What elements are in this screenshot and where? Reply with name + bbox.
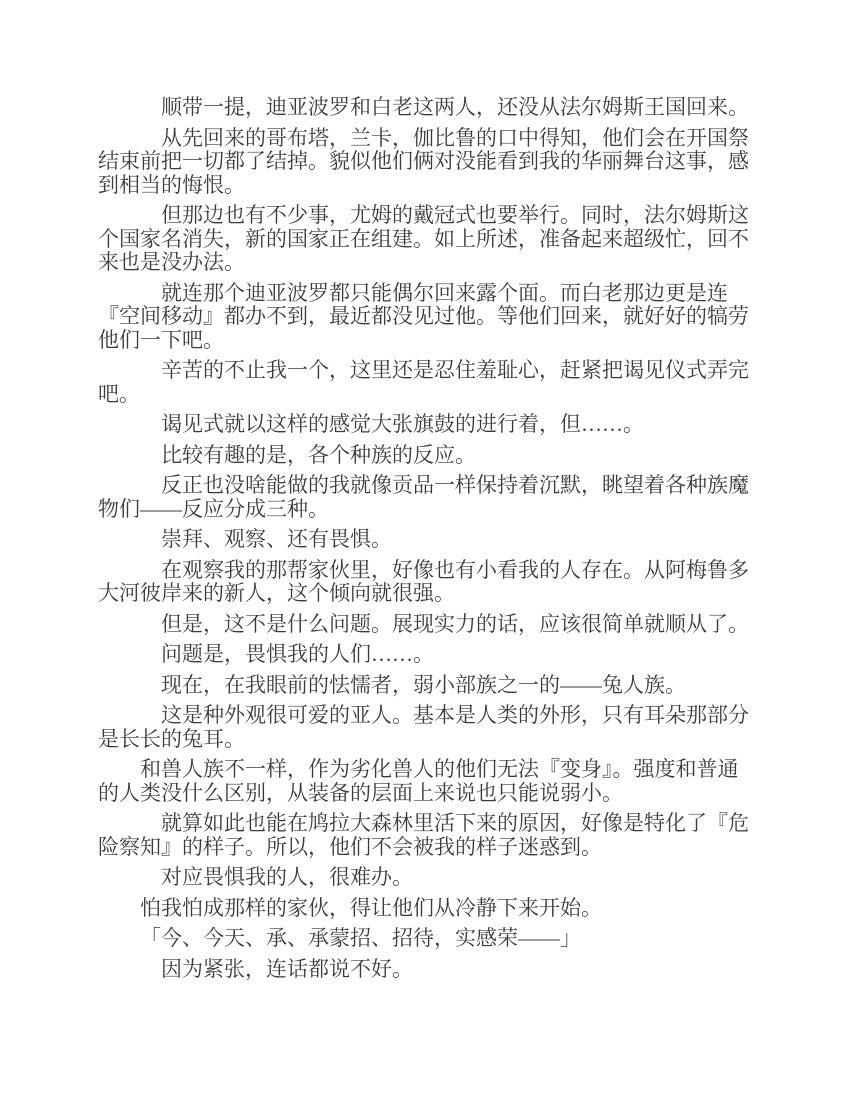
paragraph: 在观察我的那帮家伙里，好像也有小看我的人存在。从阿梅鲁多大河彼岸来的新人，这个倾… xyxy=(98,559,756,606)
paragraph: 「今、今天、承、承蒙招、招待，实感荣——」 xyxy=(98,927,756,951)
paragraph: 对应畏惧我的人，很难办。 xyxy=(98,866,756,890)
paragraph: 崇拜、观察、还有畏惧。 xyxy=(98,528,756,552)
paragraph: 怕我怕成那样的家伙，得让他们从冷静下来开始。 xyxy=(98,897,756,921)
document-page: 顺带一提，迪亚波罗和白老这两人，还没从法尔姆斯王国回来。 从先回来的哥布塔，兰卡… xyxy=(98,96,756,988)
paragraph: 比较有趣的是，各个种族的反应。 xyxy=(98,444,756,468)
paragraph: 顺带一提，迪亚波罗和白老这两人，还没从法尔姆斯王国回来。 xyxy=(98,96,756,120)
paragraph: 从先回来的哥布塔，兰卡，伽比鲁的口中得知，他们会在开国祭结束前把一切都了结掉。貌… xyxy=(98,127,756,198)
paragraph: 因为紧张，连话都说不好。 xyxy=(98,958,756,982)
paragraph: 谒见式就以这样的感觉大张旗鼓的进行着，但……。 xyxy=(98,413,756,437)
paragraph: 现在，在我眼前的怯懦者，弱小部族之一的——兔人族。 xyxy=(98,674,756,698)
paragraph: 问题是，畏惧我的人们……。 xyxy=(98,643,756,667)
paragraph: 反正也没啥能做的我就像贡品一样保持着沉默，眺望着各种族魔物们——反应分成三种。 xyxy=(98,474,756,521)
paragraph: 就连那个迪亚波罗都只能偶尔回来露个面。而白老那边更是连『空间移动』都办不到，最近… xyxy=(98,282,756,353)
paragraph: 辛苦的不止我一个，这里还是忍住羞耻心，赶紧把谒见仪式弄完吧。 xyxy=(98,359,756,406)
paragraph: 就算如此也能在鸠拉大森林里活下来的原因，好像是特化了『危险察知』的样子。所以，他… xyxy=(98,812,756,859)
paragraph: 但是，这不是什么问题。展现实力的话，应该很简单就顺从了。 xyxy=(98,613,756,637)
paragraph: 和兽人族不一样，作为劣化兽人的他们无法『变身』。强度和普通的人类没什么区别，从装… xyxy=(98,758,756,805)
paragraph: 但那边也有不少事，尤姆的戴冠式也要举行。同时，法尔姆斯这个国家名消失，新的国家正… xyxy=(98,204,756,275)
paragraph: 这是种外观很可爱的亚人。基本是人类的外形，只有耳朵那部分是长长的兔耳。 xyxy=(98,704,756,751)
